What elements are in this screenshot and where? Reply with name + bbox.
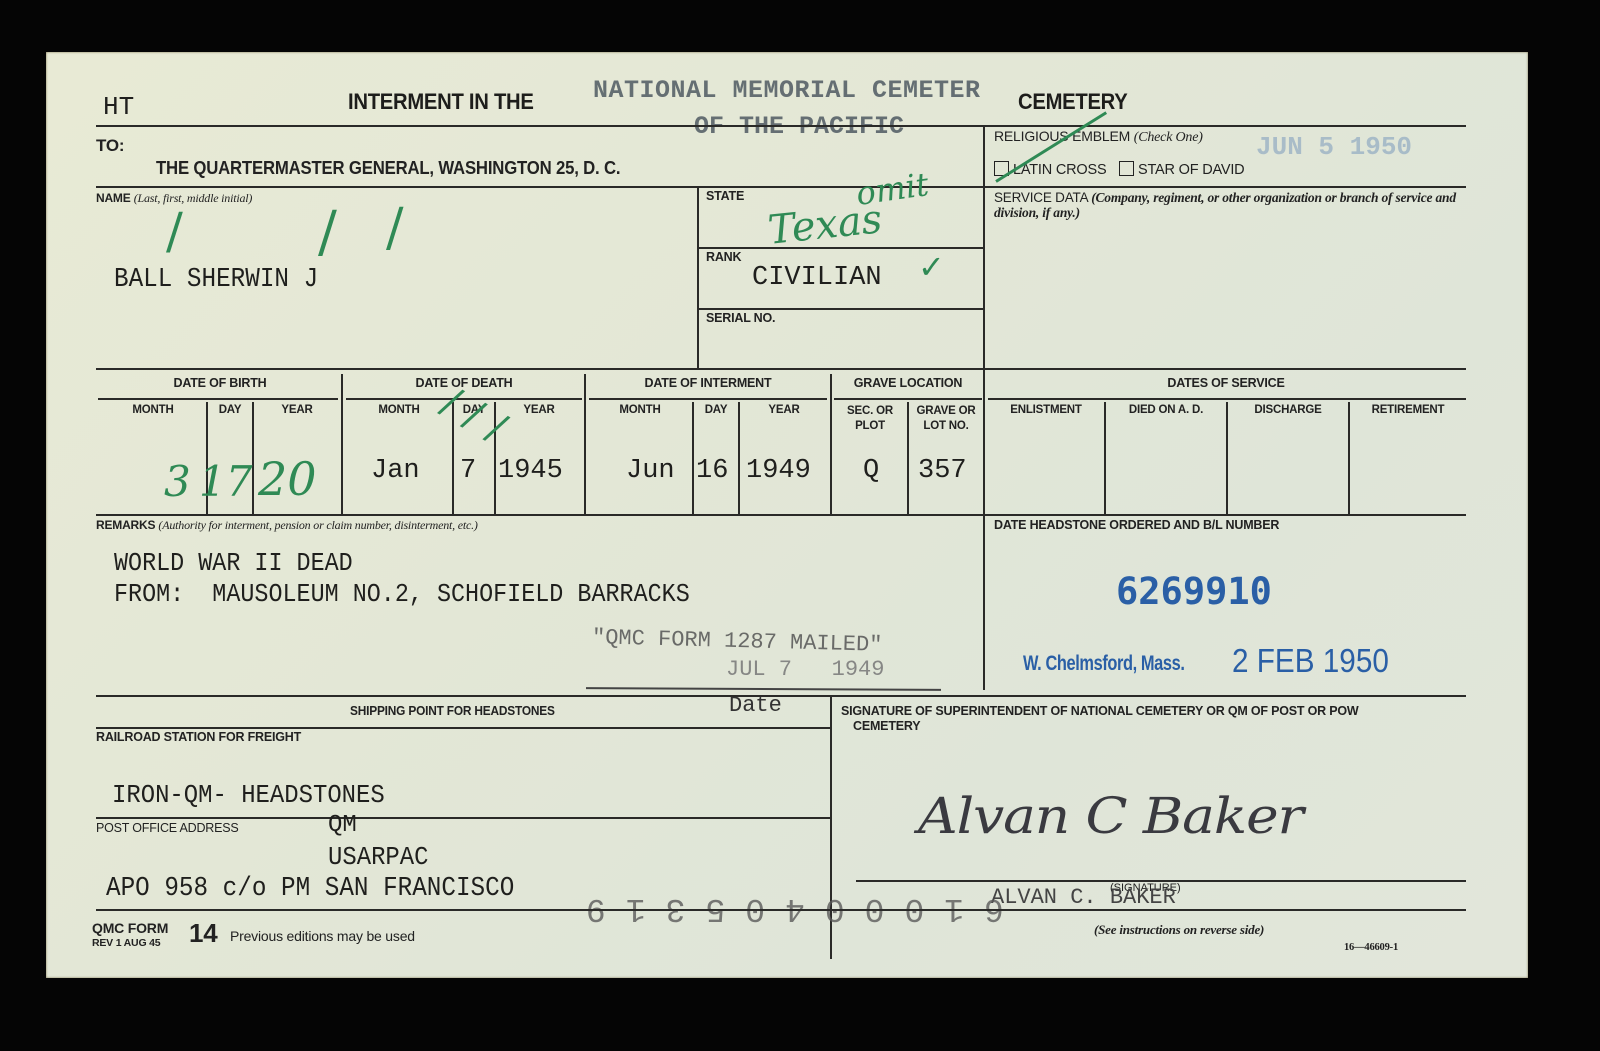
state-handwritten-value: Texas (766, 196, 884, 254)
remarks-label-note: (Authority for interment, pension or cla… (158, 518, 477, 532)
remarks-label-text: REMARKS (96, 518, 155, 532)
section-header-line1: SEC. OR (834, 404, 906, 419)
remarks-label: REMARKS (Authority for interment, pensio… (96, 518, 478, 533)
dates-of-service-label: DATES OF SERVICE (986, 376, 1466, 390)
post-office-line2: USARPAC (328, 842, 428, 872)
birth-year-header: YEAR (254, 404, 340, 416)
corner-code: HT (103, 92, 134, 122)
bl-number-stamp: 6269910 (1116, 570, 1272, 613)
post-office-line1: QM (328, 812, 357, 839)
emblem-option-star-of-david[interactable]: STAR OF DAVID (1119, 161, 1244, 178)
remarks-line-2: FROM: MAUSOLEUM NO.2, SCHOFIELD BARRACKS (114, 579, 690, 609)
died-on-ad-header: DIED ON A. D. (1106, 404, 1226, 416)
signature-label: SIGNATURE OF SUPERINTENDENT OF NATIONAL … (841, 704, 1358, 734)
religious-emblem-note: (Check One) (1134, 130, 1203, 145)
typed-signer-name: ALVAN C. BAKER (991, 885, 1176, 910)
railroad-station-label: RAILROAD STATION FOR FREIGHT (96, 730, 301, 744)
grave-header: GRAVE OR LOT NO. (909, 404, 983, 434)
chelmsford-stamp-location: W. Chelmsford, Mass. (1023, 652, 1184, 676)
birth-day-value: 17 (199, 457, 252, 506)
post-office-label: POST OFFICE ADDRESS (96, 821, 239, 835)
star-of-david-label: STAR OF DAVID (1138, 162, 1244, 178)
rank-checkmark: ✓ (918, 248, 945, 286)
birth-day-header: DAY (208, 404, 252, 416)
grave-value: 357 (918, 456, 967, 486)
to-label: TO: (96, 136, 124, 156)
star-of-david-checkbox[interactable] (1119, 161, 1134, 176)
check-mark-1: / (166, 202, 183, 260)
section-value: Q (863, 456, 879, 486)
birth-year-value: 20 (258, 452, 317, 506)
form-label: QMC FORM (92, 920, 168, 936)
handwritten-signature: Alvan C Baker (918, 787, 1303, 845)
print-code: 16—46609-1 (1344, 942, 1398, 953)
signature-label-line1: SIGNATURE OF SUPERINTENDENT OF NATIONAL … (841, 704, 1358, 719)
interment-day-value: 16 (696, 456, 728, 486)
date-of-interment-label: DATE OF INTERMENT (587, 376, 829, 390)
name-label-note: (Last, first, middle initial) (134, 191, 253, 205)
check-mark-3: / (386, 198, 404, 258)
service-data-label: SERVICE DATA (Company, regiment, or othe… (994, 190, 1464, 220)
faded-date-stamp: JUN 5 1950 (1256, 132, 1412, 162)
remarks-line-1: WORLD WAR II DEAD (114, 548, 353, 578)
death-month-value: Jan (371, 456, 420, 486)
interment-year-value: 1949 (746, 456, 811, 486)
interment-month-header: MONTH (589, 404, 691, 416)
state-label: STATE (706, 189, 744, 203)
reverse-instructions: (See instructions on reverse side) (1094, 922, 1264, 938)
railroad-station-value: IRON-QM- HEADSTONES (112, 780, 385, 810)
rank-label: RANK (706, 250, 741, 264)
post-office-line3: APO 958 c/o PM SAN FRANCISCO (106, 874, 514, 904)
service-data-text: SERVICE DATA (994, 190, 1088, 205)
interment-year-header: YEAR (740, 404, 828, 416)
section-header-line2: PLOT (834, 419, 906, 434)
enlistment-header: ENLISTMENT (988, 404, 1104, 416)
cemetery-stamp-line1: NATIONAL MEMORIAL CEMETER (593, 76, 981, 105)
signature-label-line2: CEMETERY (841, 719, 1358, 734)
birth-month-value: 3 (164, 457, 191, 506)
latin-cross-label: LATIN CROSS (1013, 162, 1106, 178)
section-header: SEC. OR PLOT (834, 404, 906, 434)
date-of-birth-label: DATE OF BIRTH (100, 376, 340, 390)
shipping-point-label: SHIPPING POINT FOR HEADSTONES (350, 704, 555, 718)
previous-editions-note: Previous editions may be used (230, 928, 415, 944)
discharge-header: DISCHARGE (1228, 404, 1348, 416)
death-day-value: 7 (460, 456, 476, 486)
check-mark-2: / (318, 200, 337, 265)
grave-location-label: GRAVE LOCATION (833, 376, 983, 390)
form-revision: REV 1 AUG 45 (92, 937, 160, 949)
reverse-instructions-text: (See instructions on reverse side) (1094, 922, 1264, 937)
interment-month-value: Jun (626, 456, 675, 486)
death-year-value: 1945 (498, 456, 563, 486)
to-addressee: THE QUARTERMASTER GENERAL, WASHINGTON 25… (156, 158, 620, 179)
interment-day-header: DAY (694, 404, 738, 416)
retirement-header: RETIREMENT (1350, 404, 1466, 416)
interment-record-card: HT INTERMENT IN THE NATIONAL MEMORIAL CE… (46, 52, 1528, 978)
qmc-form-mailed-stamp: "QMC FORM 1287 MAILED" (592, 625, 883, 658)
birth-month-header: MONTH (100, 404, 206, 416)
form-number: 14 (189, 918, 218, 949)
grave-header-line1: GRAVE OR (909, 404, 983, 419)
cemetery-label: CEMETERY (1018, 89, 1128, 115)
interment-title: INTERMENT IN THE (348, 89, 534, 115)
rank-value: CIVILIAN (752, 263, 882, 293)
qmc-mailed-date: JUL 7 1949 (726, 657, 884, 682)
grave-header-line2: LOT NO. (909, 419, 983, 434)
headstone-ordered-date-stamp: 2 FEB 1950 (1232, 642, 1389, 680)
headstone-ordered-label: DATE HEADSTONE ORDERED AND B/L NUMBER (994, 518, 1279, 532)
name-value: BALL SHERWIN J (114, 265, 318, 295)
serial-no-label: SERIAL NO. (706, 311, 775, 325)
religious-emblem-label: RELIGIOUS EMBLEM (Check One) (994, 128, 1203, 146)
name-label-text: NAME (96, 191, 131, 205)
